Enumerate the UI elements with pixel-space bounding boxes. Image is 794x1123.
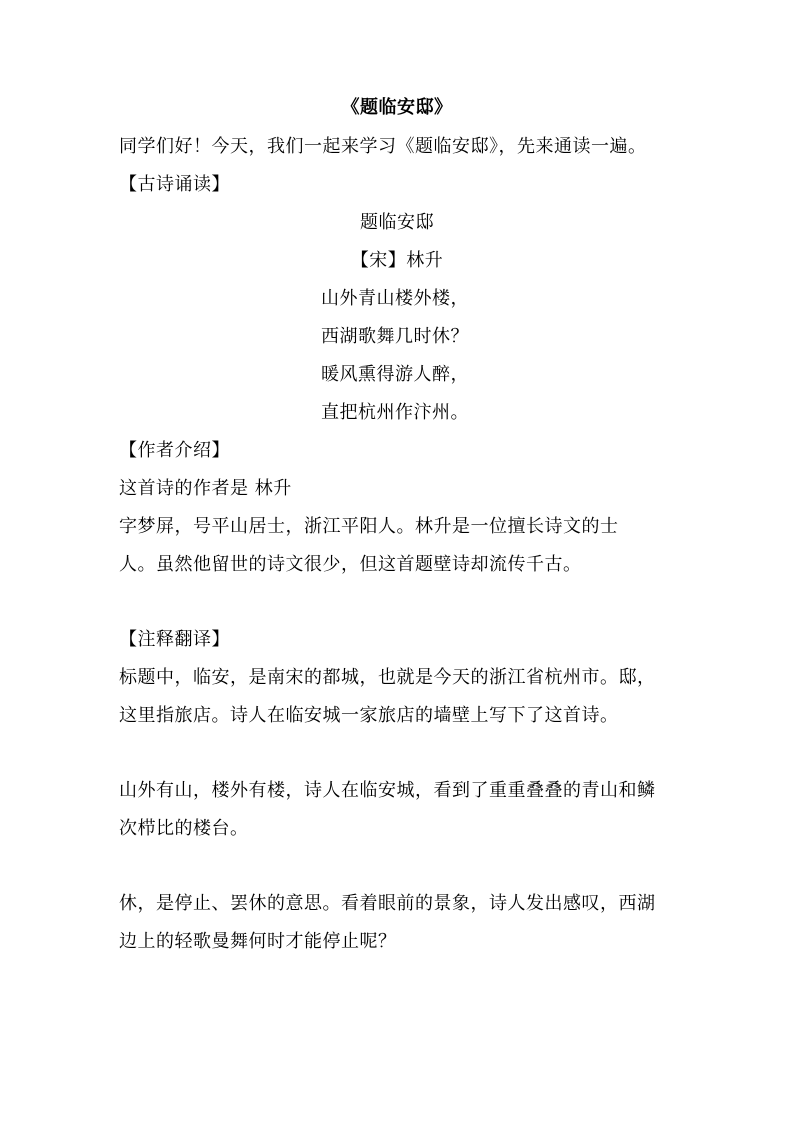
notes-text: 标题中，临安，是南宋的都城，也就是今天的浙江省杭州市。邸， — [119, 666, 656, 690]
poem-line: 暖风熏得游人醉， — [321, 363, 469, 387]
section-heading-recite: 【古诗诵读】 — [119, 173, 230, 197]
notes-text: 休，是停止、罢休的意思。看着眼前的景象，诗人发出感叹，西湖 — [119, 892, 656, 916]
notes-text: 这里指旅店。诗人在临安城一家旅店的墙壁上写下了这首诗。 — [119, 704, 619, 728]
author-text: 这首诗的作者是 林升 — [119, 477, 292, 501]
poem-author: 【宋】林升 — [0, 249, 794, 273]
author-text: 人。虽然他留世的诗文很少，但这首题壁诗却流传千古。 — [119, 553, 582, 577]
section-heading-author: 【作者介绍】 — [119, 439, 230, 463]
intro-text: 同学们好！今天，我们一起来学习《题临安邸》，先来通读一遍。 — [119, 135, 647, 159]
notes-text: 山外有山，楼外有楼，诗人在临安城，看到了重重叠叠的青山和鳞 — [119, 779, 656, 803]
section-heading-notes: 【注释翻译】 — [119, 628, 230, 652]
poem-title: 题临安邸 — [0, 211, 794, 235]
author-text: 字梦屏，号平山居士，浙江平阳人。林升是一位擅长诗文的士 — [119, 515, 619, 539]
poem-line: 山外青山楼外楼， — [321, 287, 469, 311]
poem-line: 直把杭州作汴州。 — [321, 401, 469, 425]
poem-line: 西湖歌舞几时休？ — [321, 325, 469, 349]
notes-text: 次栉比的楼台。 — [119, 817, 249, 841]
document-title: 《题临安邸》 — [0, 96, 794, 120]
notes-text: 边上的轻歌曼舞何时才能停止呢？ — [119, 930, 397, 954]
